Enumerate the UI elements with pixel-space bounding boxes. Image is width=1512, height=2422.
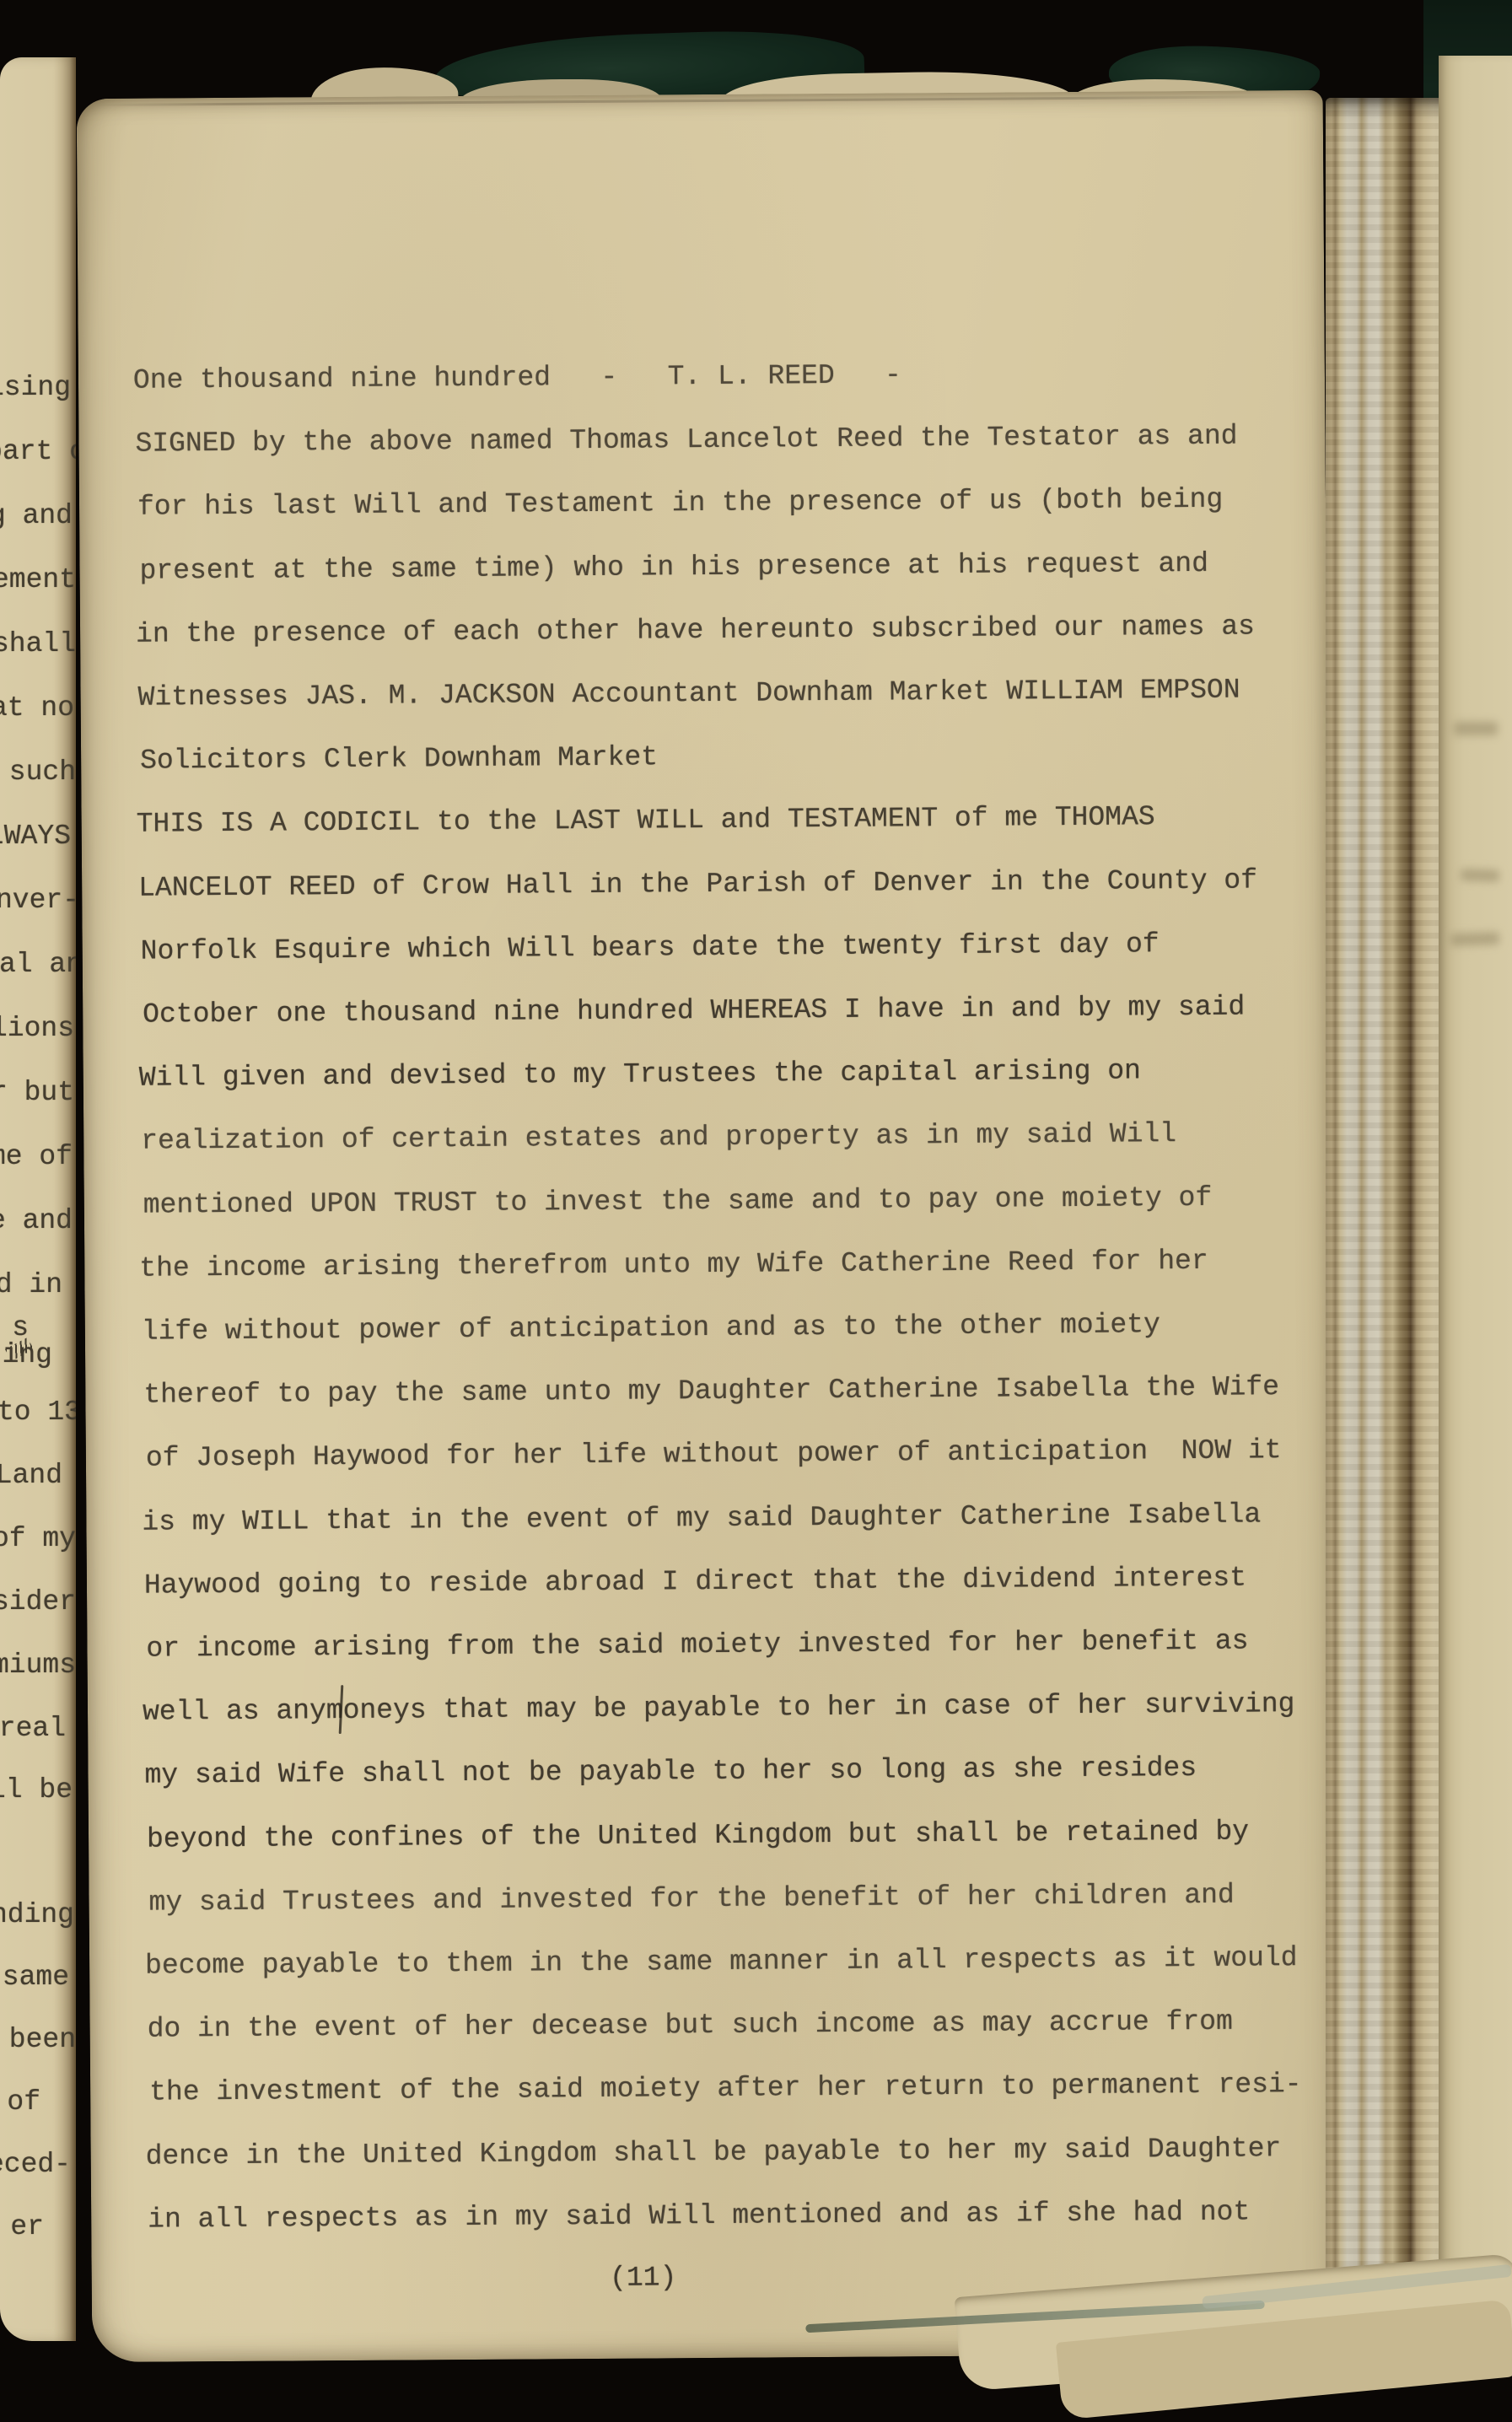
previous-page-line-fragment: me of	[0, 1143, 73, 1171]
previous-page-line-fragment: emiums	[0, 1651, 76, 1679]
ghost-text-smudge	[1450, 932, 1499, 946]
previous-page-line-fragment: part o	[0, 438, 76, 466]
ghost-text-smudge	[1454, 722, 1498, 735]
ghost-text-smudge	[1461, 869, 1499, 882]
previous-page-line-fragment: rising	[0, 374, 71, 401]
previous-page-line-fragment: t such	[0, 758, 76, 786]
document-line: of Joseph Haywood for her life without p…	[146, 1437, 1282, 1472]
document-line: for his last Will and Testament in the p…	[137, 486, 1223, 521]
document-line: well as anymoneys that may be payable to…	[143, 1690, 1295, 1726]
previous-page-line-fragment: to 13	[0, 1398, 76, 1426]
previous-page-edge: risingpart og andgemente shallhat not su…	[0, 57, 76, 2341]
previous-page-line-fragment: Land	[0, 1461, 62, 1489]
previous-page-line-fragment: ing	[3, 1341, 52, 1369]
document-line: One thousand nine hundred - T. L. REED -	[133, 361, 901, 394]
document-line: in the presence of each other have hereu…	[136, 612, 1255, 648]
document-line: Haywood going to reside abroad I direct …	[144, 1564, 1246, 1599]
previous-page-line-fragment: real	[0, 1714, 66, 1742]
document-page: One thousand nine hundred - T. L. REED -…	[77, 90, 1339, 2362]
previous-page-line-fragment: d in	[0, 1271, 62, 1299]
document-line: dence in the United Kingdom shall be pay…	[146, 2134, 1282, 2170]
document-line: life without power of anticipation and a…	[142, 1311, 1160, 1345]
previous-page-line-fragment: eced-	[0, 2150, 71, 2178]
previous-page-line-fragment: gement	[0, 566, 76, 594]
previous-page-line-fragment: hat no	[0, 694, 74, 722]
document-line: thereof to pay the same unto my Daughter…	[143, 1373, 1279, 1408]
previous-page-line-fragment: e and	[0, 1207, 73, 1235]
previous-page-line-fragment: e shall	[0, 630, 76, 658]
previous-page-line-fragment: g and	[0, 502, 73, 530]
previous-page-line-fragment: ALWAYS	[0, 822, 71, 850]
previous-page-line-fragment: of my	[0, 1525, 76, 1553]
previous-page-line-fragment: nsider	[0, 1588, 76, 1616]
previous-page-line-fragment: s	[12, 1314, 29, 1342]
previous-page-line-fragment: all be	[0, 1776, 73, 1804]
document-line: realization of certain estates and prope…	[141, 1121, 1176, 1156]
previous-page-line-fragment: real an	[0, 950, 76, 978]
document-line: my said Trustees and invested for the be…	[148, 1881, 1234, 1916]
book-scan: risingpart og andgemente shallhat not su…	[0, 0, 1512, 2422]
document-line: the investment of the said moiety after …	[149, 2070, 1302, 2107]
document-line: is my WILL that in the event of my said …	[142, 1500, 1261, 1536]
previous-page-line-fragment: conver-	[0, 886, 76, 914]
document-line: mentioned UPON TRUST to invest the same …	[143, 1183, 1213, 1219]
previous-page-line-fragment: same	[3, 1963, 69, 1991]
previous-page-line-fragment: er but	[0, 1079, 74, 1106]
previous-page-line-fragment: er	[10, 2213, 44, 2241]
document-line: Witnesses JAS. M. JACKSON Accountant Dow…	[137, 676, 1240, 712]
document-line: October one thousand nine hundred WHEREA…	[143, 993, 1245, 1029]
document-line: my said Wife shall not be payable to her…	[144, 1754, 1197, 1790]
document-line: in all respects as in my said Will menti…	[148, 2198, 1250, 2233]
document-line: or income arising from the said moiety i…	[146, 1628, 1248, 1663]
previous-page-line-fragment: of	[7, 2088, 40, 2116]
document-line: Will given and devised to my Trustees th…	[139, 1058, 1141, 1092]
document-line: become payable to them in the same manne…	[145, 1944, 1298, 1980]
document-line: LANCELOT REED of Crow Hall in the Parish…	[138, 866, 1257, 902]
previous-page-line-fragment: t been	[0, 2026, 76, 2053]
page-edges	[1326, 98, 1445, 2304]
document-line: present at the same time) who in his pre…	[139, 549, 1208, 584]
document-line: beyond the confines of the United Kingdo…	[147, 1817, 1249, 1853]
document-line: the income arising therefrom unto my Wif…	[139, 1247, 1208, 1283]
underlying-page	[1439, 56, 1512, 2306]
previous-page-line-fragment: llions	[0, 1015, 74, 1042]
previous-page-line-fragment: nding	[0, 1901, 74, 1929]
document-line: THIS IS A CODICIL to the LAST WILL and T…	[137, 804, 1155, 838]
document-line: do in the event of her decease but such …	[148, 2008, 1233, 2043]
document-line: Solicitors Clerk Downham Market	[140, 744, 658, 775]
document-line: Norfolk Esquire which Will bears date th…	[141, 930, 1160, 965]
document-line: SIGNED by the above named Thomas Lancelo…	[135, 423, 1237, 458]
